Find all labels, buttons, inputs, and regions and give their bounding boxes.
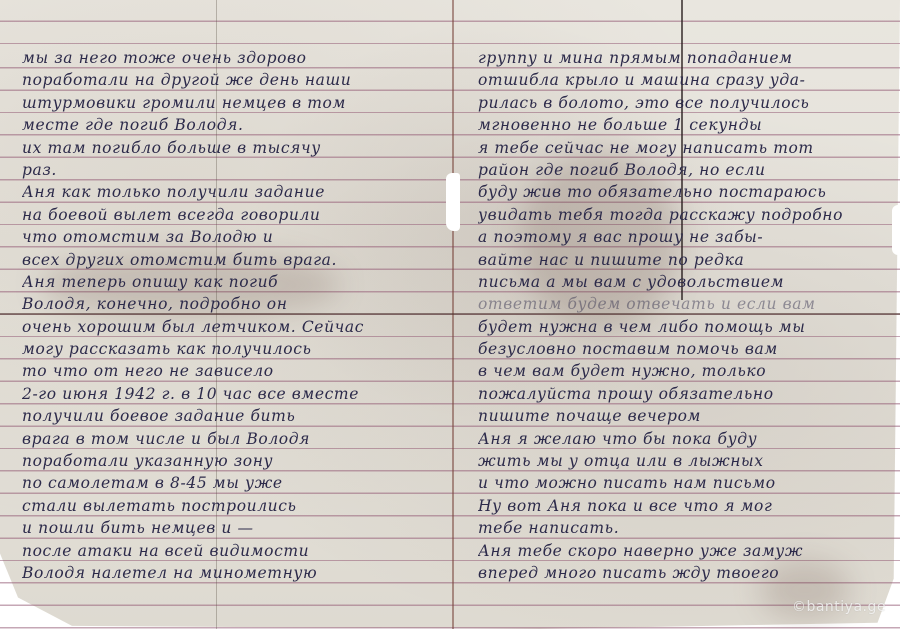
handwritten-line: поработали на другой же день наши [22, 69, 442, 91]
handwritten-line: получили боевое задание бить [22, 405, 442, 427]
handwritten-line: стали вылетать построились [22, 495, 442, 517]
handwritten-line: Аня теперь опишу как погиб [22, 271, 442, 293]
handwritten-line: Володя налетел на минометную [22, 562, 442, 584]
handwritten-line: Аня как только получили задание [22, 181, 442, 203]
handwritten-line: мы за него тоже очень здорово [22, 47, 442, 69]
handwritten-line: рилась в болото, это все получилось [478, 92, 888, 114]
handwritten-line: врага в том числе и был Володя [22, 428, 442, 450]
handwritten-line: могу рассказать как получилось [22, 338, 442, 360]
handwritten-line: штурмовики громили немцев в том [22, 92, 442, 114]
handwritten-line: после атаки на всей видимости [22, 540, 442, 562]
handwritten-line: то что от него не зависело [22, 360, 442, 382]
handwritten-line: будет нужна в чем либо помощь мы [478, 316, 888, 338]
handwritten-line: я тебе сейчас не могу написать тот [478, 137, 888, 159]
paper-tear [446, 173, 460, 231]
handwritten-line: их там погибло больше в тысячу [22, 137, 442, 159]
handwritten-line: группу и мина прямым попаданием [478, 47, 888, 69]
handwritten-line: и пошли бить немцев и — [22, 517, 442, 539]
handwritten-line: что отомстим за Володю и [22, 226, 442, 248]
handwritten-line: Аня я желаю что бы пока буду [478, 428, 888, 450]
handwritten-line: всех других отомстим бить врага. [22, 249, 442, 271]
handwritten-line: по самолетам в 8-45 мы уже [22, 472, 442, 494]
handwritten-line: Аня тебе скоро наверно уже замуж [478, 540, 888, 562]
handwritten-line: безусловно поставим помочь вам [478, 338, 888, 360]
handwritten-line: мгновенно не больше 1 секунды [478, 114, 888, 136]
handwritten-line: 2-го июня 1942 г. в 10 час все вместе [22, 383, 442, 405]
handwritten-line: вперед много писать жду твоего [478, 562, 888, 584]
handwritten-line: Володя, конечно, подробно он [22, 293, 442, 315]
watermark: ©bantiya.ge [792, 599, 886, 615]
handwritten-line: тебе написать. [478, 517, 888, 539]
right-page-text: группу и мина прямым попаданиемотшибла к… [478, 47, 888, 584]
handwritten-line: в чем вам будет нужно, только [478, 360, 888, 382]
handwritten-line: вайте нас и пишите по редка [478, 249, 888, 271]
handwritten-line: увидать тебя тогда расскажу подробно [478, 204, 888, 226]
handwritten-line: пожалуйста прошу обязательно [478, 383, 888, 405]
left-page-text: мы за него тоже очень здоровопоработали … [22, 47, 442, 584]
handwritten-line: очень хорошим был летчиком. Сейчас [22, 316, 442, 338]
handwritten-line: отшибла крыло и машина сразу уда- [478, 69, 888, 91]
handwritten-line: Ну вот Аня пока и все что я мог [478, 495, 888, 517]
handwritten-line: ответим будем отвечать и если вам [478, 293, 888, 315]
handwritten-line: буду жив то обязательно постараюсь [478, 181, 888, 203]
handwritten-line: район где погиб Володя, но если [478, 159, 888, 181]
handwritten-line: письма а мы вам с удовольствием [478, 271, 888, 293]
handwritten-line: поработали указанную зону [22, 450, 442, 472]
handwritten-line: пишите почаще вечером [478, 405, 888, 427]
handwritten-line: раз. [22, 159, 442, 181]
handwritten-line: на боевой вылет всегда говорили [22, 204, 442, 226]
handwritten-line: а поэтому я вас прошу не забы- [478, 226, 888, 248]
paper-tear [892, 205, 900, 255]
handwritten-line: месте где погиб Володя. [22, 114, 442, 136]
handwritten-line: и что можно писать нам письмо [478, 472, 888, 494]
handwritten-line: жить мы у отца или в лыжных [478, 450, 888, 472]
